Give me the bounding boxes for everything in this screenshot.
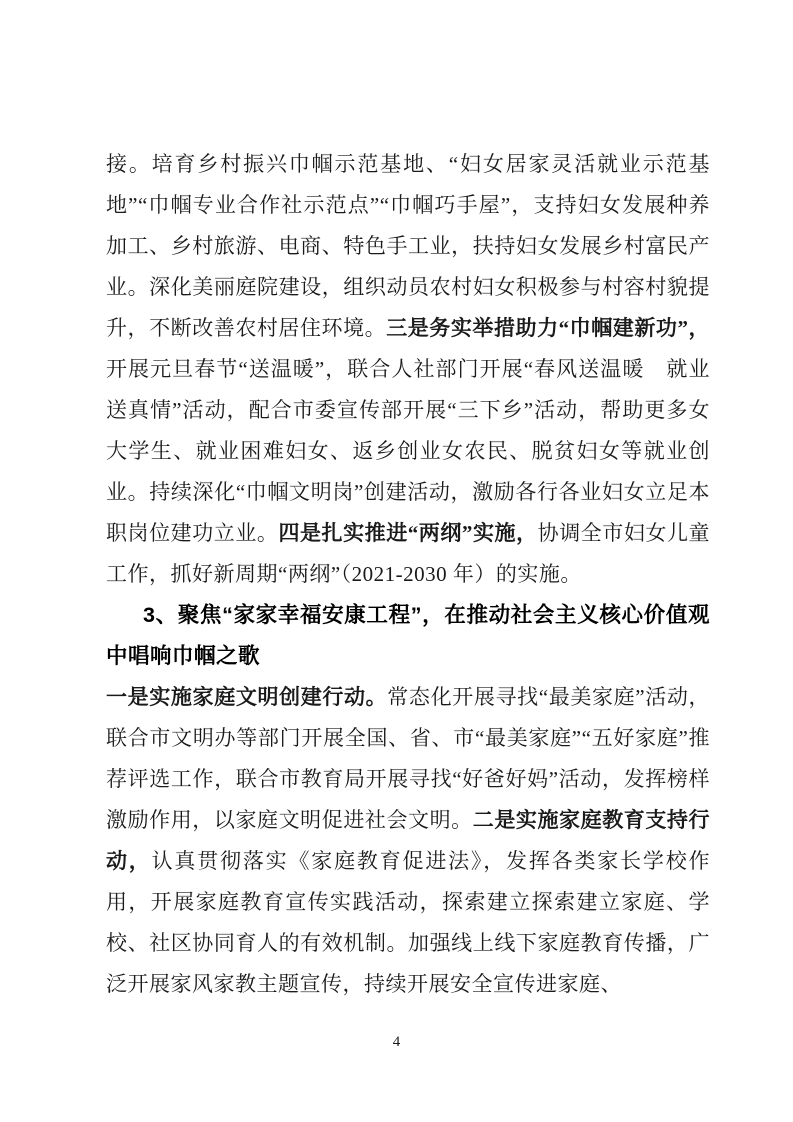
section-heading-3: 3、聚焦“家家幸福安康工程”，在推动社会主义核心价值观中唱响巾帼之歌 (106, 595, 710, 677)
bold-text-run: 四是扎实推进“两纲”实施， (278, 521, 537, 545)
document-body: 接。培育乡村振兴巾帼示范基地、“妇女居家灵活就业示范基地”“巾帼专业合作社示范点… (106, 144, 710, 1005)
text-run: 认真贯彻落实《家庭教育促进法》，发挥各类家长学校作用，开展家庭教育宣传实践活动，… (106, 849, 710, 996)
text-run: 接。培育乡村振兴巾帼示范基地、“妇女居家灵活就业示范基地”“巾帼专业合作社示范点… (106, 152, 710, 340)
paragraph-women-development-continuation: 接。培育乡村振兴巾帼示范基地、“妇女居家灵活就业示范基地”“巾帼专业合作社示范点… (106, 144, 710, 595)
paragraph-family-civilization-actions: 一是实施家庭文明创建行动。常态化开展寻找“最美家庭”活动，联合市文明办等部门开展… (106, 677, 710, 1005)
text-run: 开展元旦春节“送温暖”，联合人社部门开展“春风送温暖 就业送真情”活动，配合市委… (106, 357, 710, 545)
bold-text-run: 三是务实举措助力“巾帼建新功”， (386, 316, 710, 340)
bold-text-run: 一是实施家庭文明创建行动。 (106, 685, 387, 709)
page-number: 4 (0, 1032, 793, 1052)
document-page: 接。培育乡村振兴巾帼示范基地、“妇女居家灵活就业示范基地”“巾帼专业合作社示范点… (0, 0, 793, 1122)
